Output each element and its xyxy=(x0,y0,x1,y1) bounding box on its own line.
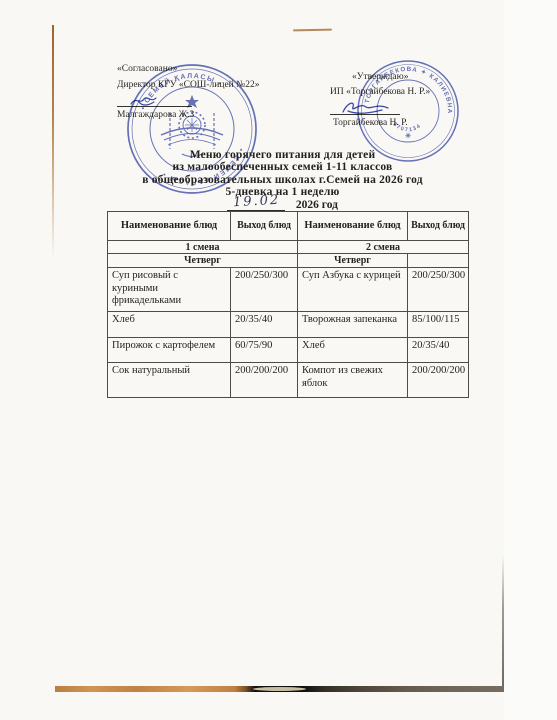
stamp-right-number: 8707134 xyxy=(392,122,423,134)
header-dish-name-2: Наименование блюд xyxy=(298,212,408,241)
shift-row: 1 смена 2 смена xyxy=(108,241,469,254)
header-dish-name-1: Наименование блюд xyxy=(108,212,231,241)
output-cell: 20/35/40 xyxy=(408,338,469,363)
document-title: Меню горячего питания для детей из малоо… xyxy=(60,149,505,199)
kazakhstan-emblem-icon xyxy=(161,95,223,157)
title-line-3: в общеобразовательных школах г.Семей на … xyxy=(60,174,505,186)
dish-cell: Сок натуральный xyxy=(108,363,231,398)
title-line-1: Меню горячего питания для детей xyxy=(60,149,505,161)
table-row: Хлеб 20/35/40 Творожная запеканка 85/100… xyxy=(108,312,469,338)
day-empty-cell xyxy=(408,254,469,268)
date-underline: 19.02 xyxy=(227,196,285,211)
date-row: 19.02 2026 год xyxy=(60,196,505,211)
output-cell: 200/200/200 xyxy=(408,363,469,398)
svg-text:8707134: 8707134 xyxy=(392,122,423,134)
scan-artifact-right-line xyxy=(502,555,504,688)
table-header-row: Наименование блюд Выход блюд Наименовани… xyxy=(108,212,469,241)
output-cell: 200/200/200 xyxy=(231,363,298,398)
scan-artifact-bottom-strip xyxy=(55,686,504,692)
output-cell: 200/250/300 xyxy=(231,268,298,312)
paper-right-margin xyxy=(504,0,557,720)
title-line-2: из малообеспеченных семей 1-11 классов xyxy=(60,161,505,173)
day-right-label: Четверг xyxy=(298,254,408,268)
dish-cell: Хлеб xyxy=(108,312,231,338)
dish-cell: Хлеб xyxy=(298,338,408,363)
table-row: Суп рисовый с куриными фрикадельками 200… xyxy=(108,268,469,312)
header-dish-output-2: Выход блюд xyxy=(408,212,469,241)
header-dish-output-1: Выход блюд xyxy=(231,212,298,241)
star-icon xyxy=(185,95,199,108)
scanned-menu-document: { "page": { "background": "#f8f7f4", "pa… xyxy=(0,0,557,720)
dish-cell: Творожная запеканка xyxy=(298,312,408,338)
dish-cell: Компот из свежих яблок xyxy=(298,363,408,398)
dish-cell: Пирожок с картофелем xyxy=(108,338,231,363)
menu-table: Наименование блюд Выход блюд Наименовани… xyxy=(107,211,469,398)
day-left-label: Четверг xyxy=(108,254,298,268)
output-cell: 20/35/40 xyxy=(231,312,298,338)
handwritten-date: 19.02 xyxy=(233,193,281,210)
output-cell: 85/100/115 xyxy=(408,312,469,338)
asterisk-icon: ✳ xyxy=(405,132,411,140)
output-cell: 60/75/90 xyxy=(231,338,298,363)
day-row: Четверг Четверг xyxy=(108,254,469,268)
table-row: Пирожок с картофелем 60/75/90 Хлеб 20/35… xyxy=(108,338,469,363)
dish-cell: Суп рисовый с куриными фрикадельками xyxy=(108,268,231,312)
dish-cell: Суп Азбука с курицей xyxy=(298,268,408,312)
shift-1-label: 1 смена xyxy=(108,241,298,254)
date-year-label: 2026 год xyxy=(296,199,338,211)
menu-table-container: Наименование блюд Выход блюд Наименовани… xyxy=(107,211,469,398)
scan-artifact-left-line xyxy=(52,25,54,260)
table-row: Сок натуральный 200/200/200 Компот из св… xyxy=(108,363,469,398)
output-cell: 200/250/300 xyxy=(408,268,469,312)
shift-2-label: 2 смена xyxy=(298,241,469,254)
